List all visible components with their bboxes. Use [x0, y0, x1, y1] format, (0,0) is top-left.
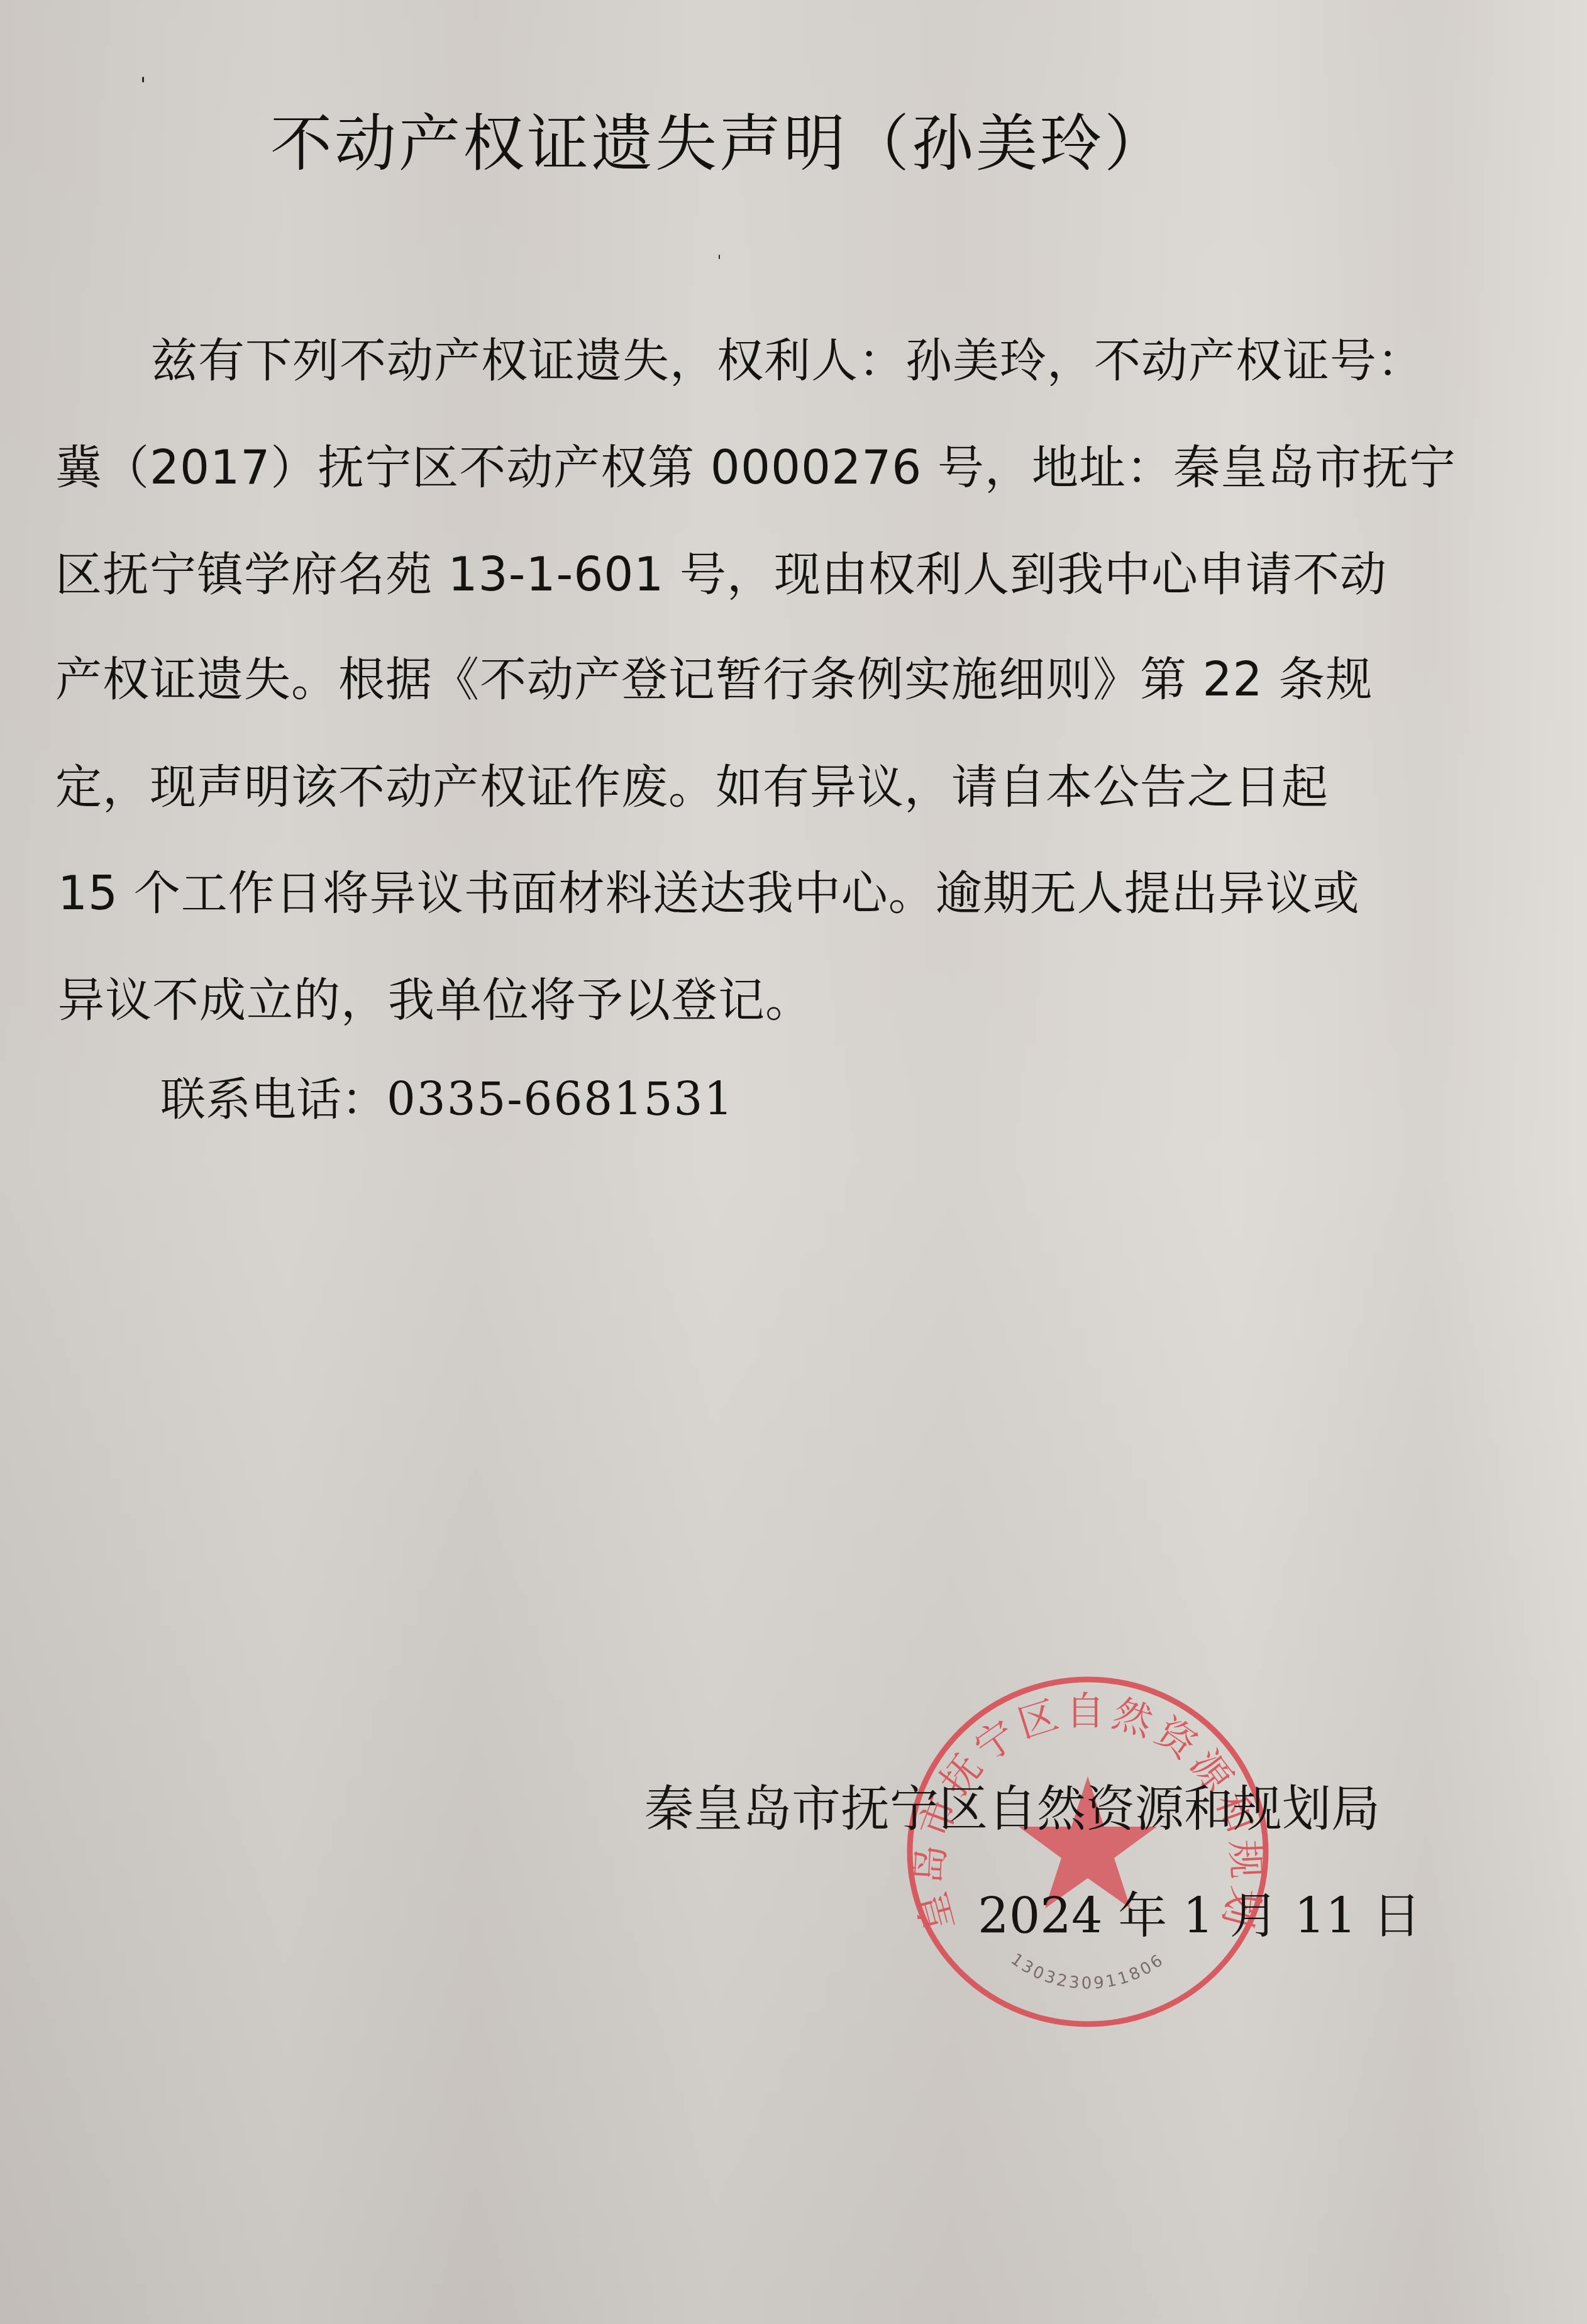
date-day-unit: 日	[1357, 1888, 1422, 1945]
contact-phone: 联系电话：0335-6681531	[160, 1063, 734, 1128]
date-year-unit: 年	[1103, 1888, 1183, 1945]
paper-speck	[142, 77, 144, 82]
paper-speck	[719, 255, 720, 259]
body-line-6: 15 个工作日将异议书面材料送达我中心。逾期无人提出异议或	[58, 856, 1360, 923]
issuing-organization: 秦皇岛市抚宁区自然资源和规划局	[644, 1770, 1380, 1840]
date-month: 1	[1183, 1888, 1214, 1945]
body-line-1: 兹有下列不动产权证遗失，权利人：孙美玲，不动产权证号：	[151, 324, 1424, 390]
body-line-3: 区抚宁镇学府名苑 13-1-601 号，现由权利人到我中心申请不动	[55, 538, 1387, 604]
seal-code: 1303230911806	[1007, 1950, 1168, 1993]
date-month-unit: 月	[1214, 1888, 1295, 1945]
body-line-5: 定，现声明该不动产权证作废。如有异议，请自本公告之日起	[55, 750, 1329, 817]
date-year: 2024	[978, 1888, 1103, 1945]
official-seal: 秦皇岛市抚宁区自然资源和规划局 1303230911806	[905, 1676, 1270, 2028]
date-day: 11	[1294, 1888, 1356, 1945]
body-line-2: 冀（2017）抚宁区不动产权第 0000276 号，地址：秦皇岛市抚宁	[55, 431, 1456, 497]
contact-phone-number: 0335-6681531	[387, 1073, 734, 1126]
body-line-4: 产权证遗失。根据《不动产登记暂行条例实施细则》第 22 条规	[55, 643, 1373, 709]
document-title: 不动产权证遗失声明（孙美玲）	[270, 94, 1168, 183]
issue-date: 2024 年 1 月 11 日	[978, 1877, 1421, 1947]
body-line-7: 异议不成立的，我单位将予以登记。	[58, 963, 812, 1030]
contact-label: 联系电话：	[160, 1073, 387, 1126]
